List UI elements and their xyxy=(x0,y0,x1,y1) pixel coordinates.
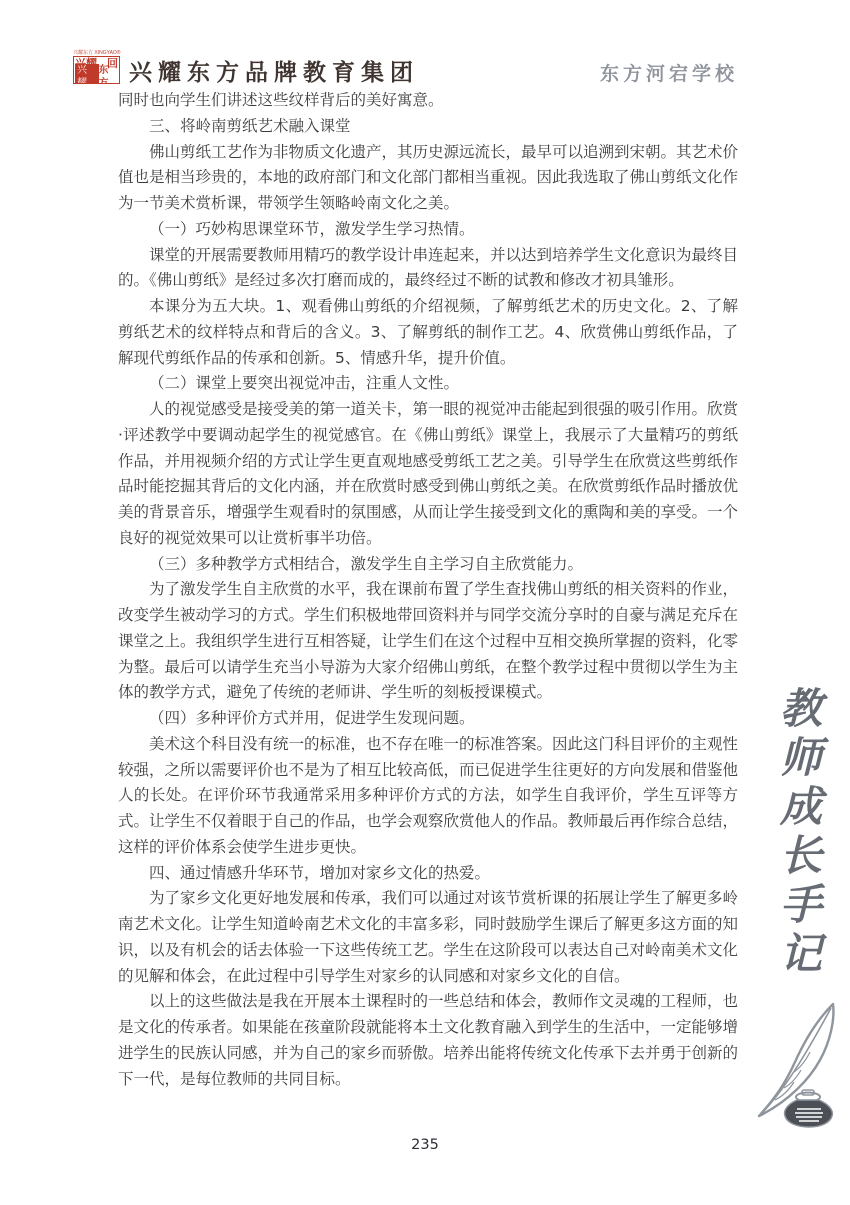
paragraph: 以上的这些做法是我在开展本土课程时的一些总结和体会，教师作文灵魂的工程师，也是文… xyxy=(118,989,738,1092)
document-body: 同时也向学生们讲述这些纹样背后的美好寓意。 三、将岭南剪纸艺术融入课堂 佛山剪纸… xyxy=(118,88,738,1092)
paragraph: （三）多种教学方式相结合，激发学生自主学习自主欣赏能力。 xyxy=(118,552,738,578)
paragraph: （一）巧妙构思课堂环节，激发学生学习热情。 xyxy=(118,217,738,243)
paragraph: 本课分为五大块。1、观看佛山剪纸的介绍视频，了解剪纸艺术的历史文化。2、了解剪纸… xyxy=(118,294,738,371)
paragraph: （四）多种评价方式并用，促进学生发现问题。 xyxy=(118,706,738,732)
paragraph: 佛山剪纸工艺作为非物质文化遗产，其历史源远流长，最早可以追溯到宋朝。其艺术价值也… xyxy=(118,140,738,217)
seal-bottom-outline-glyphs: 东方 xyxy=(99,64,119,85)
paragraph: 为了家乡文化更好地发展和传承，我们可以通过对该节赏析课的拓展让学生了解更多岭南艺… xyxy=(118,886,738,989)
vertical-calligraphy-motto: 教师成长手记 xyxy=(768,686,828,980)
paragraph: 美术这个科目没有统一的标准，也不存在唯一的标准答案。因此这门科目评价的主观性较强… xyxy=(118,732,738,861)
quill-and-ink-icon xyxy=(751,1000,841,1130)
paragraph: 三、将岭南剪纸艺术融入课堂 xyxy=(118,114,738,140)
brand-title: 兴耀东方品牌教育集团 xyxy=(129,54,419,87)
logo-tiny-text: 兴耀东方 XINGYAO® xyxy=(73,50,125,56)
paragraph: 为了激发学生自主欣赏的水平，我在课前布置了学生查找佛山剪纸的相关资料的作业，改变… xyxy=(118,577,738,706)
paragraph: 同时也向学生们讲述这些纹样背后的美好寓意。 xyxy=(118,88,738,114)
paragraph: （二）课堂上要突出视觉冲击，注重人文性。 xyxy=(118,371,738,397)
brand-seal-icon: 兴耀 回 兴耀 东方 xyxy=(73,56,120,84)
document-page: 兴耀东方 XINGYAO® 兴耀 回 兴耀 东方 兴耀东方品牌教育集团 东方河宕… xyxy=(0,0,850,1205)
paragraph: 四、通过情感升华环节，增加对家乡文化的热爱。 xyxy=(118,861,738,887)
brand-logo: 兴耀东方 XINGYAO® 兴耀 回 兴耀 东方 xyxy=(73,50,125,84)
seal-bottom-solid-glyphs: 兴耀 xyxy=(75,64,99,85)
school-name: 东方河宕学校 xyxy=(600,59,738,86)
paragraph: 课堂的开展需要教师用精巧的教学设计串连起来，并以达到培养学生文化意识为最终目的。… xyxy=(118,243,738,295)
page-number: 235 xyxy=(0,1137,850,1153)
paragraph: 人的视觉感受是接受美的第一道关卡，第一眼的视觉冲击能起到很强的吸引作用。欣赏·评… xyxy=(118,397,738,552)
